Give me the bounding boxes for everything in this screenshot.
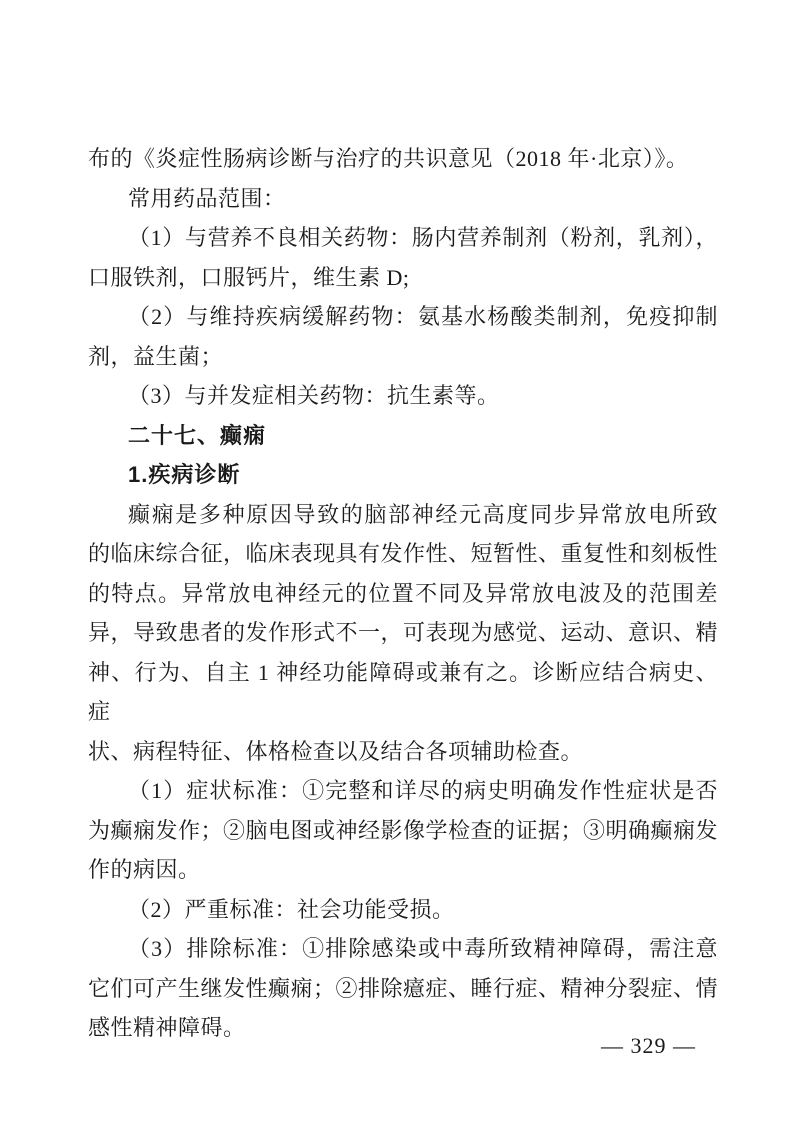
document-page: 布的《炎症性肠病诊断与治疗的共识意见（2018 年·北京）》。常用药品范围：（1… [0,0,793,1122]
text-line: 作的病因。 [88,850,718,890]
page-content: 布的《炎症性肠病诊断与治疗的共识意见（2018 年·北京）》。常用药品范围：（1… [88,139,718,1048]
text-line: 口服铁剂，口服钙片，维生素 D; [88,258,718,298]
text-line: （1）症状标准：①完整和详尽的病史明确发作性症状是否 [88,771,718,811]
text-line: 癫痫是多种原因导致的脑部神经元高度同步异常放电所致 [88,495,718,535]
text-line: 为癫痫发作；②脑电图或神经影像学检查的证据；③明确癫痫发 [88,811,718,851]
text-line: 神、行为、自主 1 神经功能障碍或兼有之。诊断应结合病史、症 [88,653,718,732]
text-line: （1）与营养不良相关药物：肠内营养制剂（粉剂，乳剂）， [88,218,718,258]
subsection-heading: 1.疾病诊断 [88,455,718,495]
section-heading: 二十七、癫痫 [88,416,718,456]
text-line: （2）严重标准：社会功能受损。 [88,890,718,930]
text-line: （3）排除标准：①排除感染或中毒所致精神障碍，需注意 [88,929,718,969]
text-line: 状、病程特征、体格检查以及结合各项辅助检查。 [88,732,718,772]
text-line: 常用药品范围： [88,179,718,219]
text-line: （3）与并发症相关药物：抗生素等。 [88,376,718,416]
text-line: （2）与维持疾病缓解药物：氨基水杨酸类制剂，免疫抑制 [88,297,718,337]
text-line: 布的《炎症性肠病诊断与治疗的共识意见（2018 年·北京）》。 [88,139,718,179]
text-line: 的特点。异常放电神经元的位置不同及异常放电波及的范围差 [88,574,718,614]
page-number: — 329 — [601,1033,696,1059]
text-line: 剂，益生菌； [88,337,718,377]
text-line: 它们可产生继发性癫痫；②排除癔症、睡行症、精神分裂症、情 [88,969,718,1009]
text-line: 的临床综合征，临床表现具有发作性、短暂性、重复性和刻板性 [88,534,718,574]
text-line: 异，导致患者的发作形式不一，可表现为感觉、运动、意识、精 [88,613,718,653]
